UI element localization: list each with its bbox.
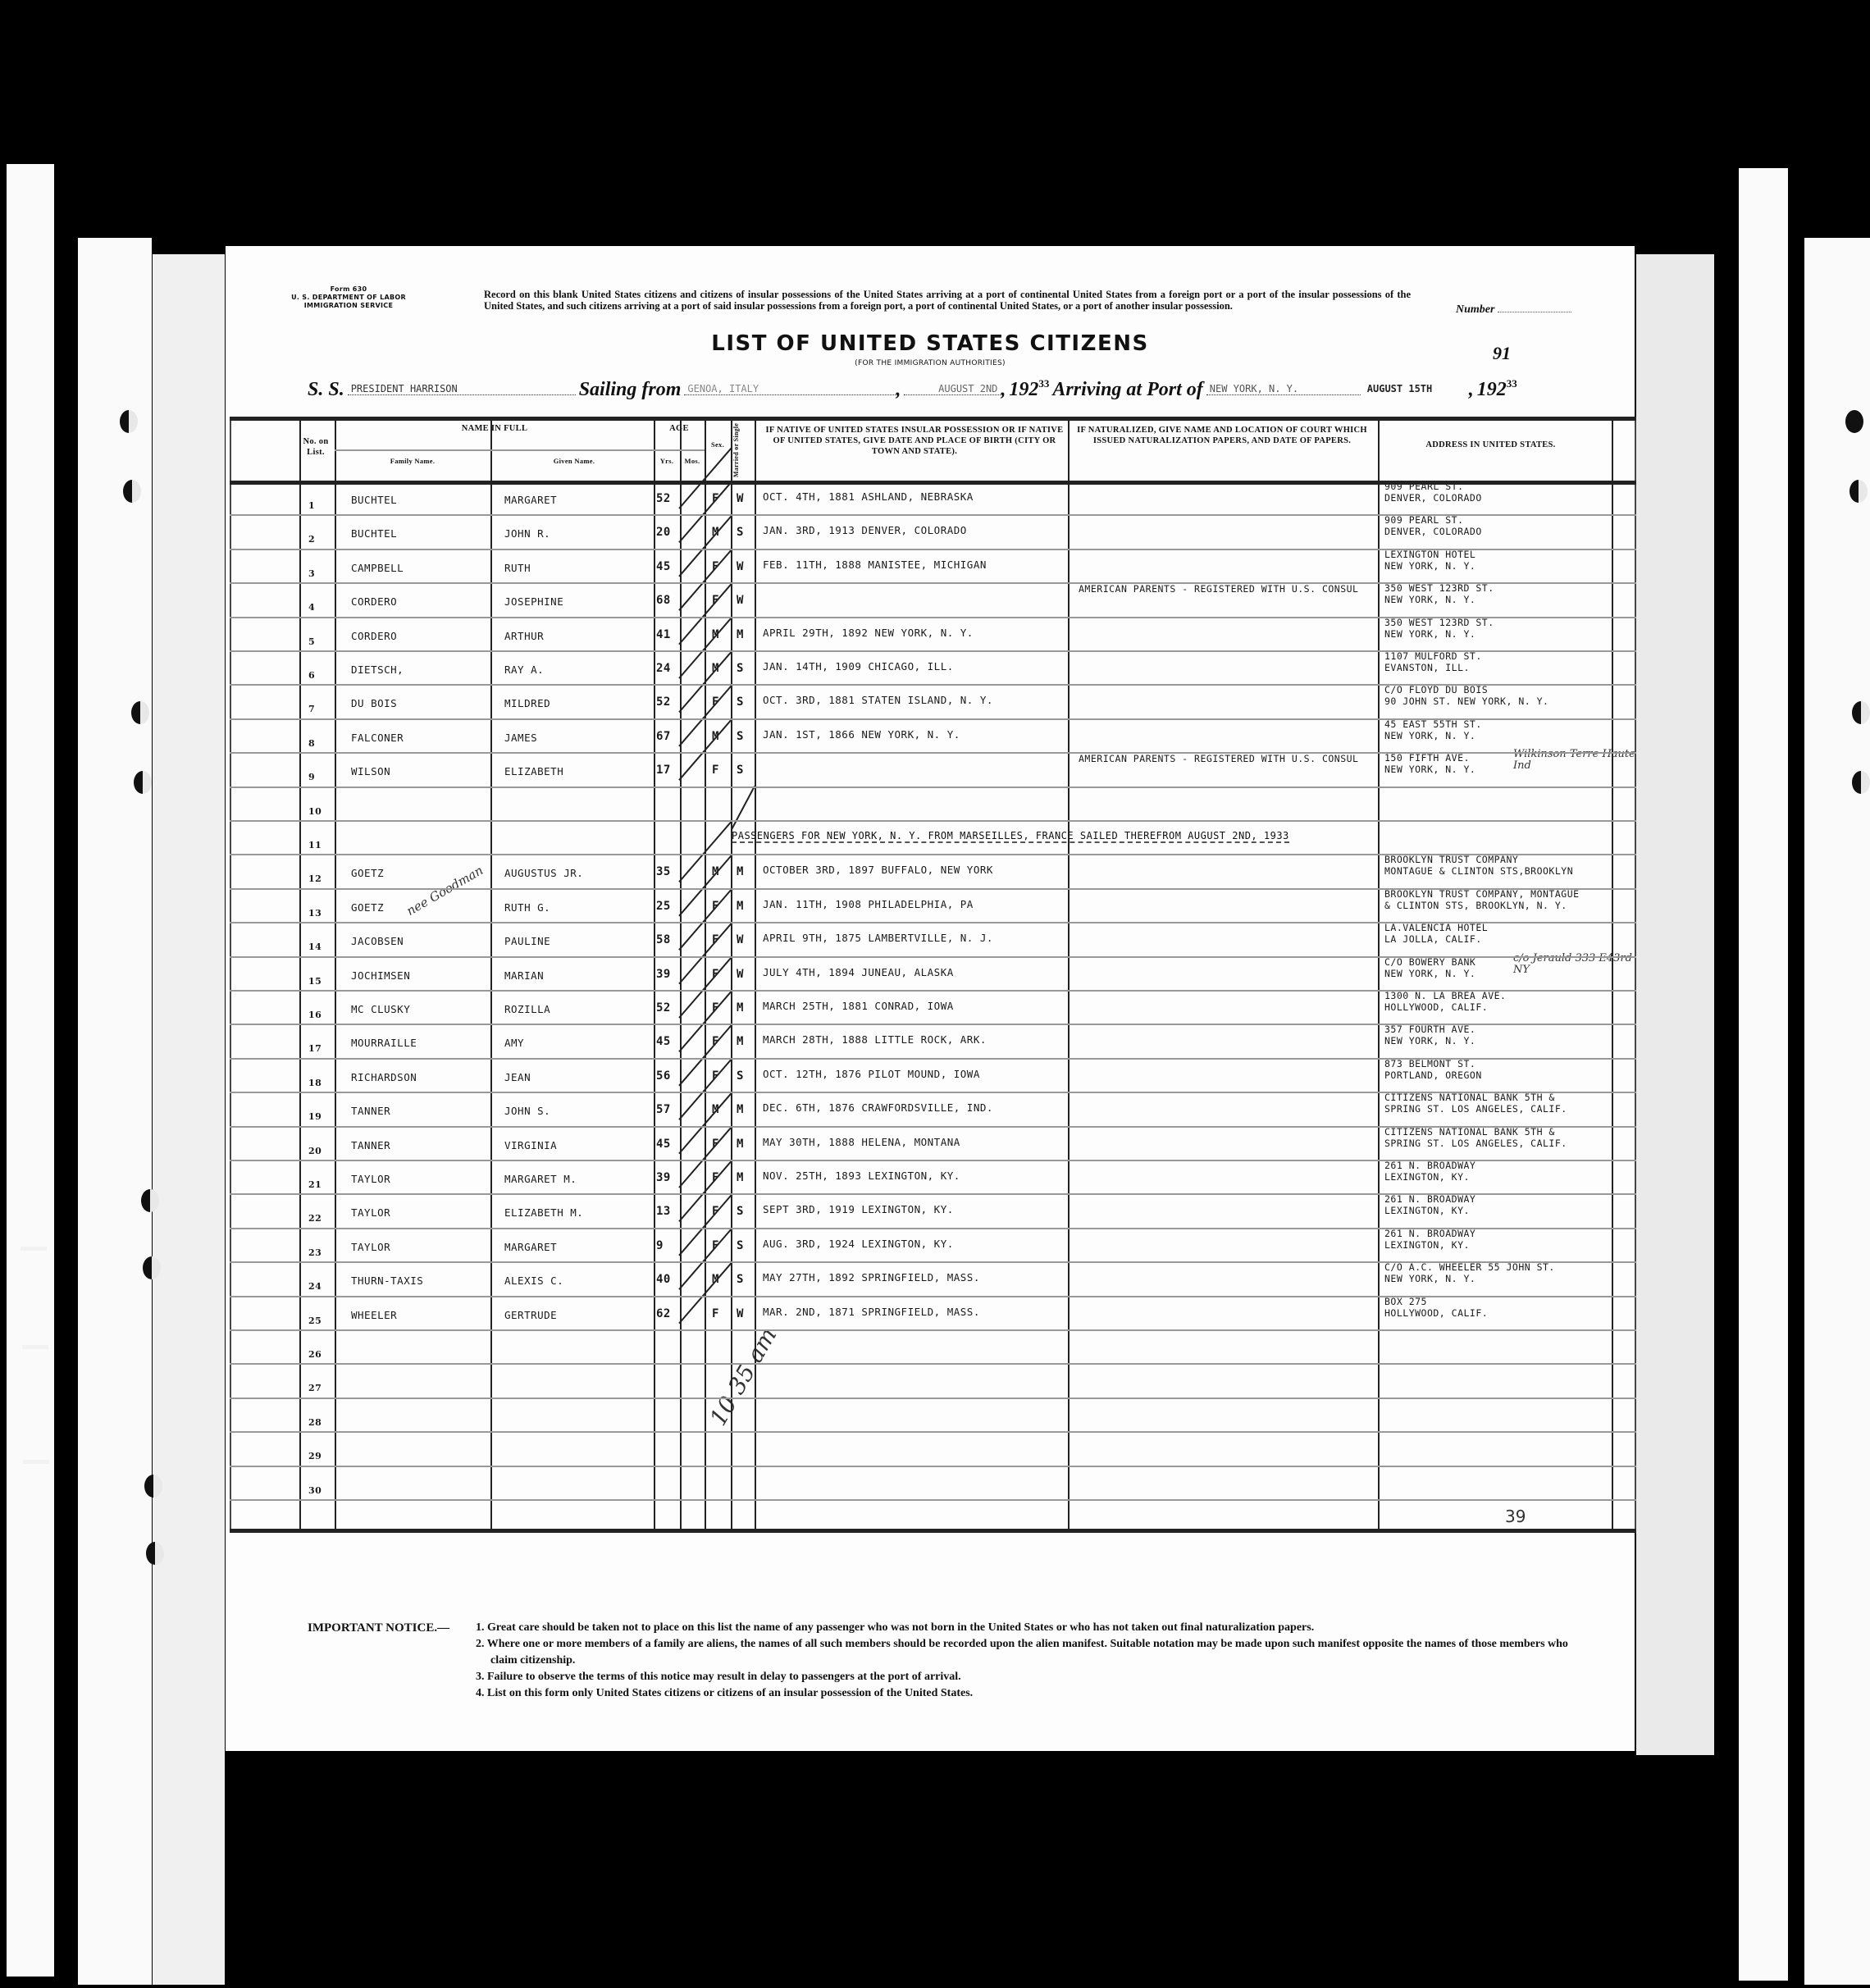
- age-years: 25: [656, 900, 671, 913]
- arrival-port: NEW YORK, N. Y.: [1206, 383, 1361, 395]
- address-line-1: 1107 MULFORD ST.: [1384, 651, 1482, 662]
- age-years: 62: [656, 1307, 671, 1320]
- row-number: 7: [308, 704, 315, 714]
- row-divider: [230, 684, 1636, 686]
- punch-hole: [1845, 410, 1863, 433]
- address-line-1: LEXINGTON HOTEL: [1384, 549, 1475, 560]
- row-divider: [230, 1092, 1636, 1093]
- row-divider: [230, 481, 1636, 485]
- table-row: 4CORDEROJOSEPHINE68FWAMERICAN PARENTS - …: [230, 582, 1636, 617]
- row-divider: [230, 752, 1636, 754]
- sailing-from-label: Sailing from: [579, 379, 682, 400]
- table-row: 28: [230, 1398, 1636, 1432]
- birth-date-place: APRIL 29TH, 1892 NEW YORK, N. Y.: [763, 627, 974, 639]
- sex: M: [712, 730, 719, 743]
- family-name: WILSON: [351, 765, 390, 777]
- row-divider: [230, 1228, 1636, 1229]
- table-row: 27: [230, 1363, 1636, 1398]
- marital-status: W: [737, 560, 744, 573]
- row-number: 12: [308, 873, 322, 884]
- birth-date-place: OCTOBER 3RD, 1897 BUFFALO, NEW YORK: [763, 864, 993, 876]
- punch-hole: [123, 480, 141, 503]
- given-name: AUGUSTUS JR.: [504, 867, 583, 879]
- birth-date-place: MAY 30TH, 1888 HELENA, MONTANA: [763, 1136, 960, 1148]
- row-divider: [230, 1329, 1636, 1331]
- address-line-1: BROOKLYN TRUST COMPANY, MONTAGUE: [1384, 889, 1580, 900]
- marital-status: S: [737, 1239, 744, 1252]
- arriving-label: Arriving at Port of: [1052, 379, 1202, 400]
- punch-hole: [134, 771, 152, 794]
- address-line-1: C/O A.C. WHEELER 55 JOHN ST.: [1384, 1262, 1555, 1273]
- sex: F: [712, 933, 719, 946]
- address-line-2: NEW YORK, N. Y.: [1384, 629, 1475, 640]
- birth-date-place: FEB. 11TH, 1888 MANISTEE, MICHIGAN: [763, 559, 987, 571]
- sex: F: [712, 968, 719, 981]
- family-name: WHEELER: [351, 1309, 397, 1321]
- sex: F: [712, 764, 719, 777]
- department: U. S. DEPARTMENT OF LABOR: [279, 294, 418, 302]
- row-divider: [230, 1024, 1636, 1025]
- given-name: MARIAN: [504, 969, 544, 982]
- family-name: DU BOIS: [351, 697, 397, 709]
- table-row: 20TANNERVIRGINIA45FMMAY 30TH, 1888 HELEN…: [230, 1126, 1636, 1160]
- address-line-1: 261 N. BROADWAY: [1384, 1194, 1475, 1205]
- family-name: GOETZ: [351, 867, 384, 879]
- address-line-2: SPRING ST. LOS ANGELES, CALIF.: [1384, 1138, 1567, 1149]
- address-line-2: NEW YORK, N. Y.: [1384, 595, 1475, 605]
- sailing-from: GENOA, ITALY: [684, 383, 896, 395]
- birth-date-place: OCT. 4TH, 1881 ASHLAND, NEBRASKA: [763, 490, 974, 503]
- row-number: 10: [308, 806, 322, 817]
- row-divider: [230, 1296, 1636, 1297]
- row-divider: [230, 1126, 1636, 1128]
- row-divider: [230, 820, 1636, 822]
- address-line-2: LEXINGTON, KY.: [1384, 1172, 1470, 1183]
- marital-status: S: [737, 1205, 744, 1218]
- arrival-date: AUGUST 15TH: [1364, 383, 1469, 394]
- marital-status: W: [737, 492, 744, 505]
- sex: F: [712, 900, 719, 913]
- departure-year-prefix: 192: [1009, 379, 1038, 400]
- marital-status: W: [737, 968, 744, 981]
- address-line-2: DENVER, COLORADO: [1384, 527, 1482, 537]
- row-divider: [230, 1160, 1636, 1161]
- age-years: 17: [656, 764, 671, 777]
- punch-hole: [146, 1542, 164, 1565]
- address-line-2: NEW YORK, N. Y.: [1384, 561, 1475, 572]
- birth-date-place: OCT. 3RD, 1881 STATEN ISLAND, N. Y.: [763, 694, 993, 706]
- marseilles-annotation: PASSENGERS FOR NEW YORK, N. Y. FROM MARS…: [732, 830, 1289, 843]
- sex: F: [712, 695, 719, 709]
- punch-hole: [1849, 480, 1868, 503]
- address-line-2: NEW YORK, N. Y.: [1384, 731, 1475, 741]
- address-line-1: 45 EAST 55TH ST.: [1384, 719, 1482, 730]
- address-line-2: NEW YORK, N. Y.: [1384, 1036, 1475, 1046]
- adjacent-sheet-right: [1739, 168, 1788, 1981]
- punch-hole: [143, 1256, 161, 1279]
- birth-date-place: JAN. 3RD, 1913 DENVER, COLORADO: [763, 524, 967, 536]
- film-mark: [21, 1247, 47, 1251]
- marital-status: S: [737, 764, 744, 777]
- address-line-2: LA JOLLA, CALIF.: [1384, 934, 1482, 945]
- birth-date-place: MAY 27TH, 1892 SPRINGFIELD, MASS.: [763, 1271, 980, 1284]
- family-name: GOETZ: [351, 901, 384, 914]
- birth-date-place: JULY 4TH, 1894 JUNEAU, ALASKA: [763, 966, 954, 978]
- row-divider: [230, 1261, 1636, 1263]
- address-line-1: C/O FLOYD DU BOIS: [1384, 685, 1488, 695]
- birth-date-place: SEPT 3RD, 1919 LEXINGTON, KY.: [763, 1203, 954, 1215]
- family-name: CORDERO: [351, 630, 397, 642]
- row-number: 26: [308, 1349, 322, 1360]
- row-divider: [230, 1193, 1636, 1195]
- marital-status: M: [737, 1138, 744, 1151]
- given-name: JOHN R.: [504, 527, 550, 540]
- record-instructions: Record on this blank United States citiz…: [484, 289, 1411, 312]
- row-divider: [230, 787, 1636, 788]
- family-name: TANNER: [351, 1139, 390, 1151]
- row-divider: [230, 956, 1636, 958]
- row-number: 18: [308, 1078, 322, 1088]
- age-years: 57: [656, 1103, 671, 1116]
- age-years: 68: [656, 594, 671, 607]
- adjacent-sheet-left-2: [153, 254, 225, 1985]
- age-years: 45: [656, 1138, 671, 1151]
- service: IMMIGRATION SERVICE: [279, 302, 418, 310]
- row-divider: [230, 888, 1636, 890]
- age-years: 9: [656, 1239, 664, 1252]
- row-number: 20: [308, 1146, 322, 1156]
- row-number: 2: [308, 534, 315, 545]
- age-years: 40: [656, 1273, 671, 1286]
- table-row: 17MOURRAILLEAMY45FMMARCH 28TH, 1888 LITT…: [230, 1024, 1636, 1058]
- address-line-2: PORTLAND, OREGON: [1384, 1070, 1482, 1081]
- row-number: 8: [308, 738, 315, 749]
- punch-hole: [120, 410, 138, 433]
- marital-status: W: [737, 1307, 744, 1320]
- marital-status: S: [737, 662, 744, 675]
- departure-date: AUGUST 2ND: [904, 383, 1001, 395]
- row-divider: [230, 922, 1636, 923]
- given-name: RUTH: [504, 562, 531, 574]
- punch-hole: [144, 1475, 162, 1498]
- header-family-name: Family Name.: [335, 456, 490, 467]
- address-line-2: HOLLYWOOD, CALIF.: [1384, 1308, 1488, 1319]
- given-name: RAY A.: [504, 663, 544, 676]
- naturalization-info: AMERICAN PARENTS - REGISTERED WITH U.S. …: [1079, 754, 1366, 764]
- address-line-1: C/O BOWERY BANK: [1384, 957, 1475, 968]
- row-number: 17: [308, 1043, 322, 1054]
- age-years: 45: [656, 560, 671, 573]
- row-number: 27: [308, 1383, 322, 1393]
- manifest-sheet: Form 630 U. S. DEPARTMENT OF LABOR IMMIG…: [226, 246, 1635, 1751]
- given-name: JAMES: [504, 732, 537, 744]
- notice-item: 1. Great care should be taken not to pla…: [476, 1620, 1591, 1636]
- form-number: Form 630: [279, 285, 418, 294]
- sex: M: [712, 865, 719, 878]
- header-given-name: Given Name.: [492, 456, 656, 467]
- age-years: 35: [656, 865, 671, 878]
- address-line-1: 357 FOURTH AVE.: [1384, 1024, 1475, 1035]
- header-address: ADDRESS IN UNITED STATES.: [1378, 440, 1603, 450]
- table-row: 23TAYLORMARGARET9FSAUG. 3RD, 1924 LEXING…: [230, 1228, 1636, 1262]
- address-line-2: & CLINTON STS, BROOKLYN, N. Y.: [1384, 901, 1567, 911]
- birth-date-place: NOV. 25TH, 1893 LEXINGTON, KY.: [763, 1170, 960, 1182]
- row-divider: [230, 514, 1636, 516]
- header-no: No. on List.: [299, 436, 332, 458]
- number-line: [1498, 312, 1571, 312]
- row-divider: [230, 549, 1636, 550]
- given-name: ROZILLA: [504, 1003, 550, 1015]
- given-name: JOHN S.: [504, 1105, 550, 1117]
- family-name: JOCHIMSEN: [351, 969, 410, 982]
- row-number: 19: [308, 1111, 322, 1122]
- table-row: 29: [230, 1431, 1636, 1466]
- family-name: BUCHTEL: [351, 527, 397, 540]
- marital-status: M: [737, 865, 744, 878]
- marital-status: M: [737, 1103, 744, 1116]
- number-field: Number: [1456, 303, 1571, 317]
- notice-item: 3. Failure to observe the terms of this …: [476, 1669, 1591, 1685]
- sex: F: [712, 1001, 719, 1015]
- row-divider: [230, 1466, 1636, 1467]
- address-line-2: SPRING ST. LOS ANGELES, CALIF.: [1384, 1104, 1567, 1115]
- birth-date-place: JAN. 1ST, 1866 NEW YORK, N. Y.: [763, 728, 960, 741]
- marital-status: S: [737, 695, 744, 709]
- family-name: TAYLOR: [351, 1173, 390, 1185]
- age-years: 20: [656, 526, 671, 539]
- notice-item: 2. Where one or more members of a family…: [476, 1636, 1591, 1669]
- birth-date-place: DEC. 6TH, 1876 CRAWFORDSVILLE, IND.: [763, 1101, 993, 1114]
- notice-title: IMPORTANT NOTICE.—: [308, 1620, 449, 1636]
- given-name: MARGARET M.: [504, 1173, 577, 1185]
- address-line-2: HOLLYWOOD, CALIF.: [1384, 1002, 1488, 1013]
- address-line-1: 350 WEST 123RD ST.: [1384, 583, 1494, 594]
- given-name: PAULINE: [504, 935, 550, 947]
- family-name: TANNER: [351, 1105, 390, 1117]
- address-line-2: LEXINGTON, KY.: [1384, 1206, 1470, 1216]
- sheet-shadow-right: [1636, 254, 1714, 1755]
- passenger-table: No. on List. NAME IN FULL Family Name. G…: [230, 417, 1636, 1630]
- age-years: 39: [656, 968, 671, 981]
- age-years: 41: [656, 628, 671, 641]
- table-row: 24THURN-TAXISALEXIS C.40MSMAY 27TH, 1892…: [230, 1261, 1636, 1296]
- header-birth: IF NATIVE OF UNITED STATES INSULAR POSSE…: [763, 425, 1066, 457]
- sex: M: [712, 662, 719, 675]
- family-name: TAYLOR: [351, 1206, 390, 1219]
- row-number: 3: [308, 568, 315, 579]
- row-divider: [230, 1058, 1636, 1060]
- family-name: DIETSCH,: [351, 663, 404, 676]
- address-line-2: EVANSTON, ILL.: [1384, 663, 1470, 673]
- marital-status: S: [737, 526, 744, 539]
- notice-items: 1. Great care should be taken not to pla…: [476, 1620, 1591, 1702]
- family-name: BUCHTEL: [351, 494, 397, 506]
- age-years: 52: [656, 1001, 671, 1015]
- row-number: 21: [308, 1179, 322, 1190]
- marital-status: M: [737, 1035, 744, 1048]
- family-name: TAYLOR: [351, 1241, 390, 1253]
- sex: F: [712, 1307, 719, 1320]
- given-name: VIRGINIA: [504, 1139, 557, 1151]
- marital-status: M: [737, 628, 744, 641]
- row-number: 14: [308, 942, 322, 952]
- row-divider: [230, 1431, 1636, 1433]
- address-line-2: NEW YORK, N. Y.: [1384, 1274, 1475, 1284]
- address-line-1: CITIZENS NATIONAL BANK 5TH &: [1384, 1092, 1555, 1103]
- page-subtitle: (FOR THE IMMIGRATION AUTHORITIES): [226, 359, 1635, 367]
- table-row: 10: [230, 787, 1636, 821]
- row-divider: [230, 582, 1636, 584]
- table-row: 14JACOBSENPAULINE58FWAPRIL 9TH, 1875 LAM…: [230, 922, 1636, 956]
- punch-hole: [141, 1189, 159, 1212]
- address-line-1: 261 N. BROADWAY: [1384, 1160, 1475, 1171]
- table-row: 30: [230, 1466, 1636, 1500]
- address-line-1: 350 WEST 123RD ST.: [1384, 618, 1494, 628]
- sex: M: [712, 1103, 719, 1116]
- sex: F: [712, 560, 719, 573]
- address-line-1: 150 FIFTH AVE.: [1384, 753, 1470, 764]
- row-number: 1: [308, 500, 315, 511]
- family-name: CAMPBELL: [351, 562, 404, 574]
- birth-date-place: JAN. 14TH, 1909 CHICAGO, ILL.: [763, 660, 954, 673]
- row-number: 11: [308, 840, 322, 850]
- sex: F: [712, 1069, 719, 1083]
- family-name: CORDERO: [351, 595, 397, 608]
- table-row: 16MC CLUSKYROZILLA52FMMARCH 25TH, 1881 C…: [230, 990, 1636, 1024]
- table-row: 6DIETSCH,RAY A.24MSJAN. 14TH, 1909 CHICA…: [230, 650, 1636, 685]
- given-name: ELIZABETH: [504, 765, 563, 777]
- birth-date-place: APRIL 9TH, 1875 LAMBERTVILLE, N. J.: [763, 932, 993, 944]
- adjacent-sheet-left: [78, 238, 152, 1985]
- marital-status: M: [737, 900, 744, 913]
- row-divider: [230, 617, 1636, 618]
- row-number: 29: [308, 1451, 322, 1461]
- table-row: 3CAMPBELLRUTH45FWFEB. 11TH, 1888 MANISTE…: [230, 549, 1636, 583]
- family-name: JACOBSEN: [351, 935, 404, 947]
- address-line-1: 909 PEARL ST.: [1384, 515, 1464, 526]
- birth-date-place: MARCH 25TH, 1881 CONRAD, IOWA: [763, 1000, 954, 1012]
- table-row: 2BUCHTELJOHN R.20MSJAN. 3RD, 1913 DENVER…: [230, 514, 1636, 549]
- voyage-line: S. S. PRESIDENT HARRISON Sailing from GE…: [308, 377, 1620, 407]
- address-line-2: NEW YORK, N. Y.: [1384, 969, 1475, 979]
- table-row: 26: [230, 1329, 1636, 1364]
- row-number: 30: [308, 1485, 322, 1496]
- birth-date-place: JAN. 11TH, 1908 PHILADELPHIA, PA: [763, 898, 974, 910]
- row-number: 22: [308, 1213, 322, 1224]
- address-line-2: DENVER, COLORADO: [1384, 493, 1482, 504]
- departure-year: 33: [1038, 377, 1049, 390]
- sex: F: [712, 1138, 719, 1151]
- header-age: AGE: [654, 423, 705, 434]
- header-mos: Mos.: [680, 456, 705, 467]
- table-row: 18RICHARDSONJEAN56FSOCT. 12TH, 1876 PILO…: [230, 1058, 1636, 1092]
- table-row: 21TAYLORMARGARET M.39FMNOV. 25TH, 1893 L…: [230, 1160, 1636, 1194]
- row-number: 9: [308, 772, 315, 782]
- birth-date-place: MARCH 28TH, 1888 LITTLE ROCK, ARK.: [763, 1033, 987, 1046]
- address-line-2: NEW YORK, N. Y.: [1384, 764, 1475, 775]
- birth-date-place: MAR. 2ND, 1871 SPRINGFIELD, MASS.: [763, 1306, 980, 1318]
- punch-hole: [1852, 771, 1870, 794]
- family-name: FALCONER: [351, 732, 404, 744]
- row-number: 16: [308, 1010, 322, 1020]
- row-divider: [230, 854, 1636, 855]
- marital-status: S: [737, 730, 744, 743]
- given-name: ELIZABETH M.: [504, 1206, 583, 1219]
- sex: F: [712, 1239, 719, 1252]
- total-count-stamp: 39: [1505, 1507, 1526, 1526]
- age-years: 58: [656, 933, 671, 946]
- ship-name: PRESIDENT HARRISON: [348, 383, 576, 395]
- row-number: 6: [308, 670, 315, 681]
- sex: F: [712, 492, 719, 505]
- sex: M: [712, 526, 719, 539]
- row-number: 5: [308, 636, 315, 647]
- table-row: 19TANNERJOHN S.57MMDEC. 6TH, 1876 CRAWFO…: [230, 1092, 1636, 1126]
- given-name: MILDRED: [504, 697, 550, 709]
- row-number: 4: [308, 602, 315, 613]
- age-years: 56: [656, 1069, 671, 1083]
- age-years: 67: [656, 730, 671, 743]
- row-divider: [230, 1529, 1636, 1533]
- table-row: 8FALCONERJAMES67MSJAN. 1ST, 1866 NEW YOR…: [230, 718, 1636, 753]
- given-name: JOSEPHINE: [504, 595, 563, 608]
- address-line-2: LEXINGTON, KY.: [1384, 1240, 1470, 1251]
- family-name: THURN-TAXIS: [351, 1274, 423, 1287]
- given-name: RUTH G.: [504, 901, 550, 914]
- given-name: MARGARET: [504, 494, 557, 506]
- sex: M: [712, 1273, 719, 1286]
- address-line-1: LA.VALENCIA HOTEL: [1384, 923, 1488, 933]
- table-row: 5CORDEROARTHUR41MMAPRIL 29TH, 1892 NEW Y…: [230, 617, 1636, 651]
- address-line-1: BROOKLYN TRUST COMPANY: [1384, 855, 1518, 865]
- given-name: MARGARET: [504, 1241, 557, 1253]
- address-line-2: 90 JOHN ST. NEW YORK, N. Y.: [1384, 696, 1548, 707]
- table-row: 15JOCHIMSENMARIAN39FWJULY 4TH, 1894 JUNE…: [230, 956, 1636, 991]
- family-name: RICHARDSON: [351, 1071, 417, 1083]
- row-number: 28: [308, 1417, 322, 1428]
- header-sex: Sex.: [705, 440, 731, 450]
- row-divider: [230, 1398, 1636, 1399]
- row-number: 24: [308, 1281, 322, 1292]
- row-number: 13: [308, 908, 322, 919]
- given-name: ALEXIS C.: [504, 1274, 563, 1287]
- family-name: MOURRAILLE: [351, 1037, 417, 1049]
- header-married-single: Married or Single: [732, 422, 752, 479]
- table-row: 25WHEELERGERTRUDE62FWMAR. 2ND, 1871 SPRI…: [230, 1296, 1636, 1330]
- marital-status: W: [737, 594, 744, 607]
- punch-hole: [1852, 701, 1870, 724]
- row-divider: [230, 417, 1636, 421]
- row-number: 23: [308, 1247, 322, 1258]
- marital-status: S: [737, 1273, 744, 1286]
- address-line-1: 873 BELMONT ST.: [1384, 1059, 1475, 1069]
- row-divider: [230, 718, 1636, 720]
- marital-status: W: [737, 933, 744, 946]
- header-naturalized: IF NATURALIZED, GIVE NAME AND LOCATION O…: [1074, 425, 1370, 446]
- given-name: JEAN: [504, 1071, 531, 1083]
- row-divider: [335, 449, 705, 451]
- sex: M: [712, 628, 719, 641]
- table-row: 9WILSONELIZABETH17FSAMERICAN PARENTS - R…: [230, 752, 1636, 787]
- age-years: 13: [656, 1205, 671, 1218]
- sex: F: [712, 1171, 719, 1184]
- page-number: 91: [1493, 343, 1511, 364]
- row-divider: [230, 990, 1636, 992]
- arrival-year-prefix: 192: [1477, 379, 1507, 400]
- row-divider: [230, 1363, 1636, 1365]
- age-years: 24: [656, 662, 671, 675]
- marital-status: M: [737, 1171, 744, 1184]
